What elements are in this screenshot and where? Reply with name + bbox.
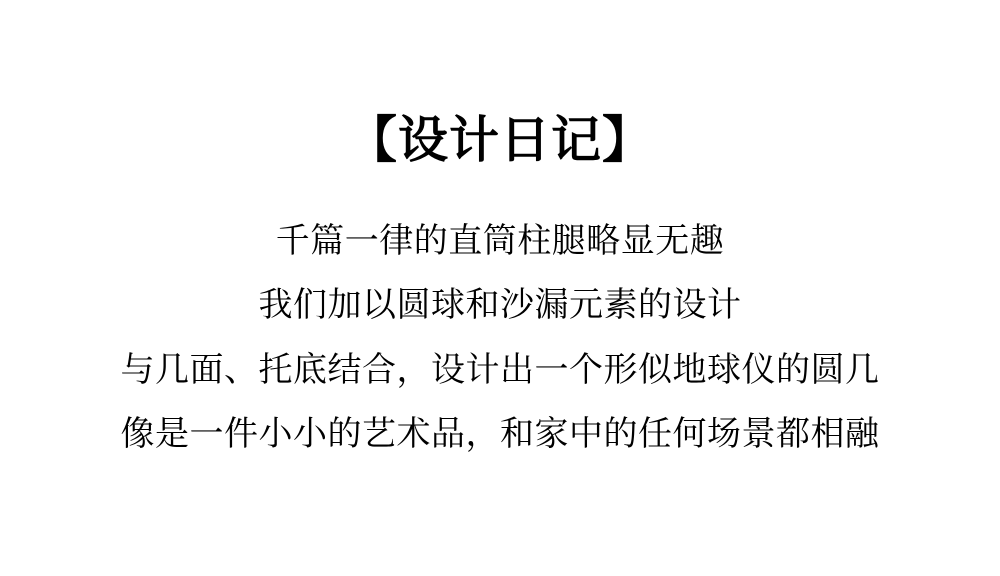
paragraph-line: 我们加以圆球和沙漏元素的设计 [0, 273, 1000, 338]
design-diary-slide: 【设计日记】 千篇一律的直筒柱腿略显无趣 我们加以圆球和沙漏元素的设计 与几面、… [0, 0, 1000, 576]
description-paragraph: 千篇一律的直筒柱腿略显无趣 我们加以圆球和沙漏元素的设计 与几面、托底结合，设计… [0, 209, 1000, 467]
paragraph-line: 与几面、托底结合，设计出一个形似地球仪的圆几 [0, 338, 1000, 403]
paragraph-line: 像是一件小小的艺术品，和家中的任何场景都相融 [0, 402, 1000, 467]
page-title: 【设计日记】 [0, 0, 1000, 170]
paragraph-line: 千篇一律的直筒柱腿略显无趣 [0, 209, 1000, 274]
